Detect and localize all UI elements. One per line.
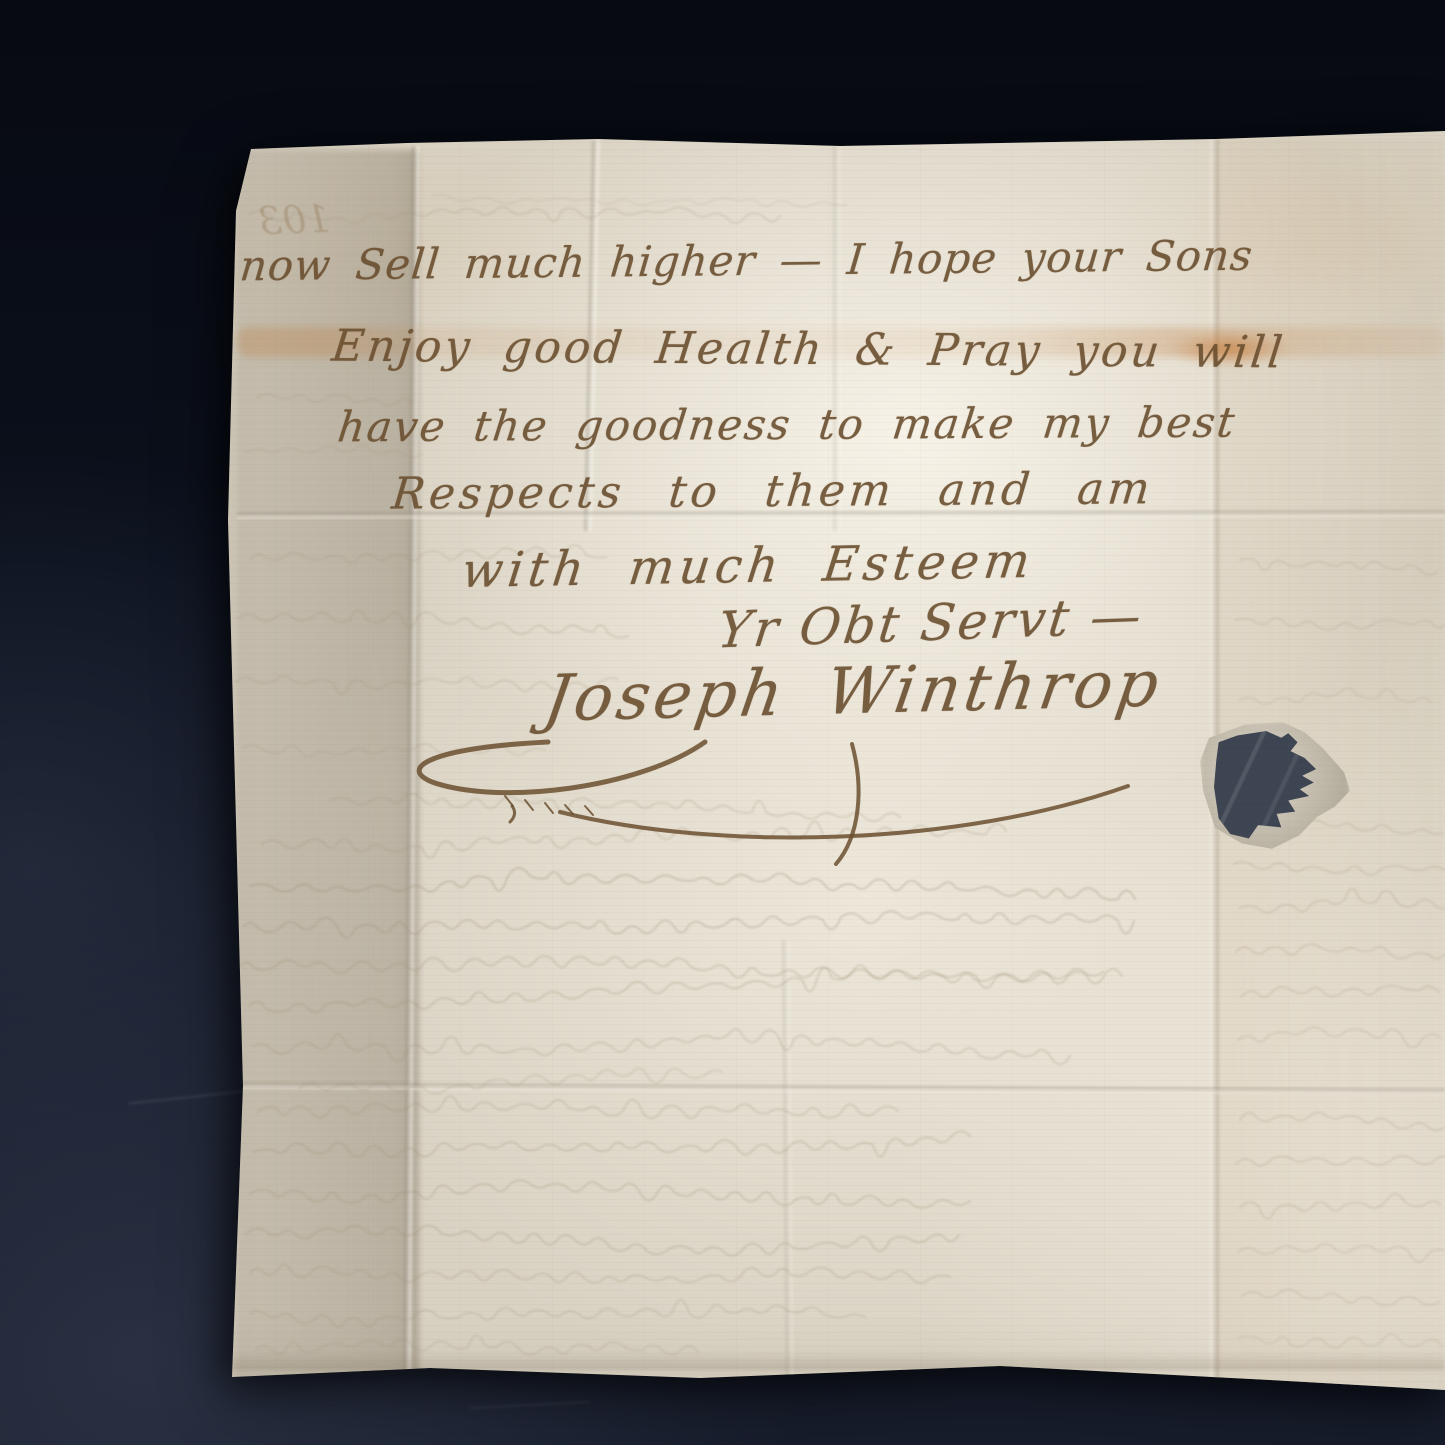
signature-underline-flourish: [560, 786, 1128, 837]
signature-flourish: [0, 0, 1445, 1445]
photo-background: 103 now Sell much higher — I hope your S…: [0, 0, 1445, 1445]
letter-paper: 103 now Sell much higher — I hope your S…: [0, 0, 1445, 1445]
signature-swash: [419, 742, 705, 793]
signature-swash-hatching: [505, 796, 593, 815]
signature-cross-stroke: [836, 744, 859, 864]
letter-page: 103 now Sell much higher — I hope your S…: [0, 0, 1445, 1445]
signature-comma-mark: [510, 806, 515, 822]
